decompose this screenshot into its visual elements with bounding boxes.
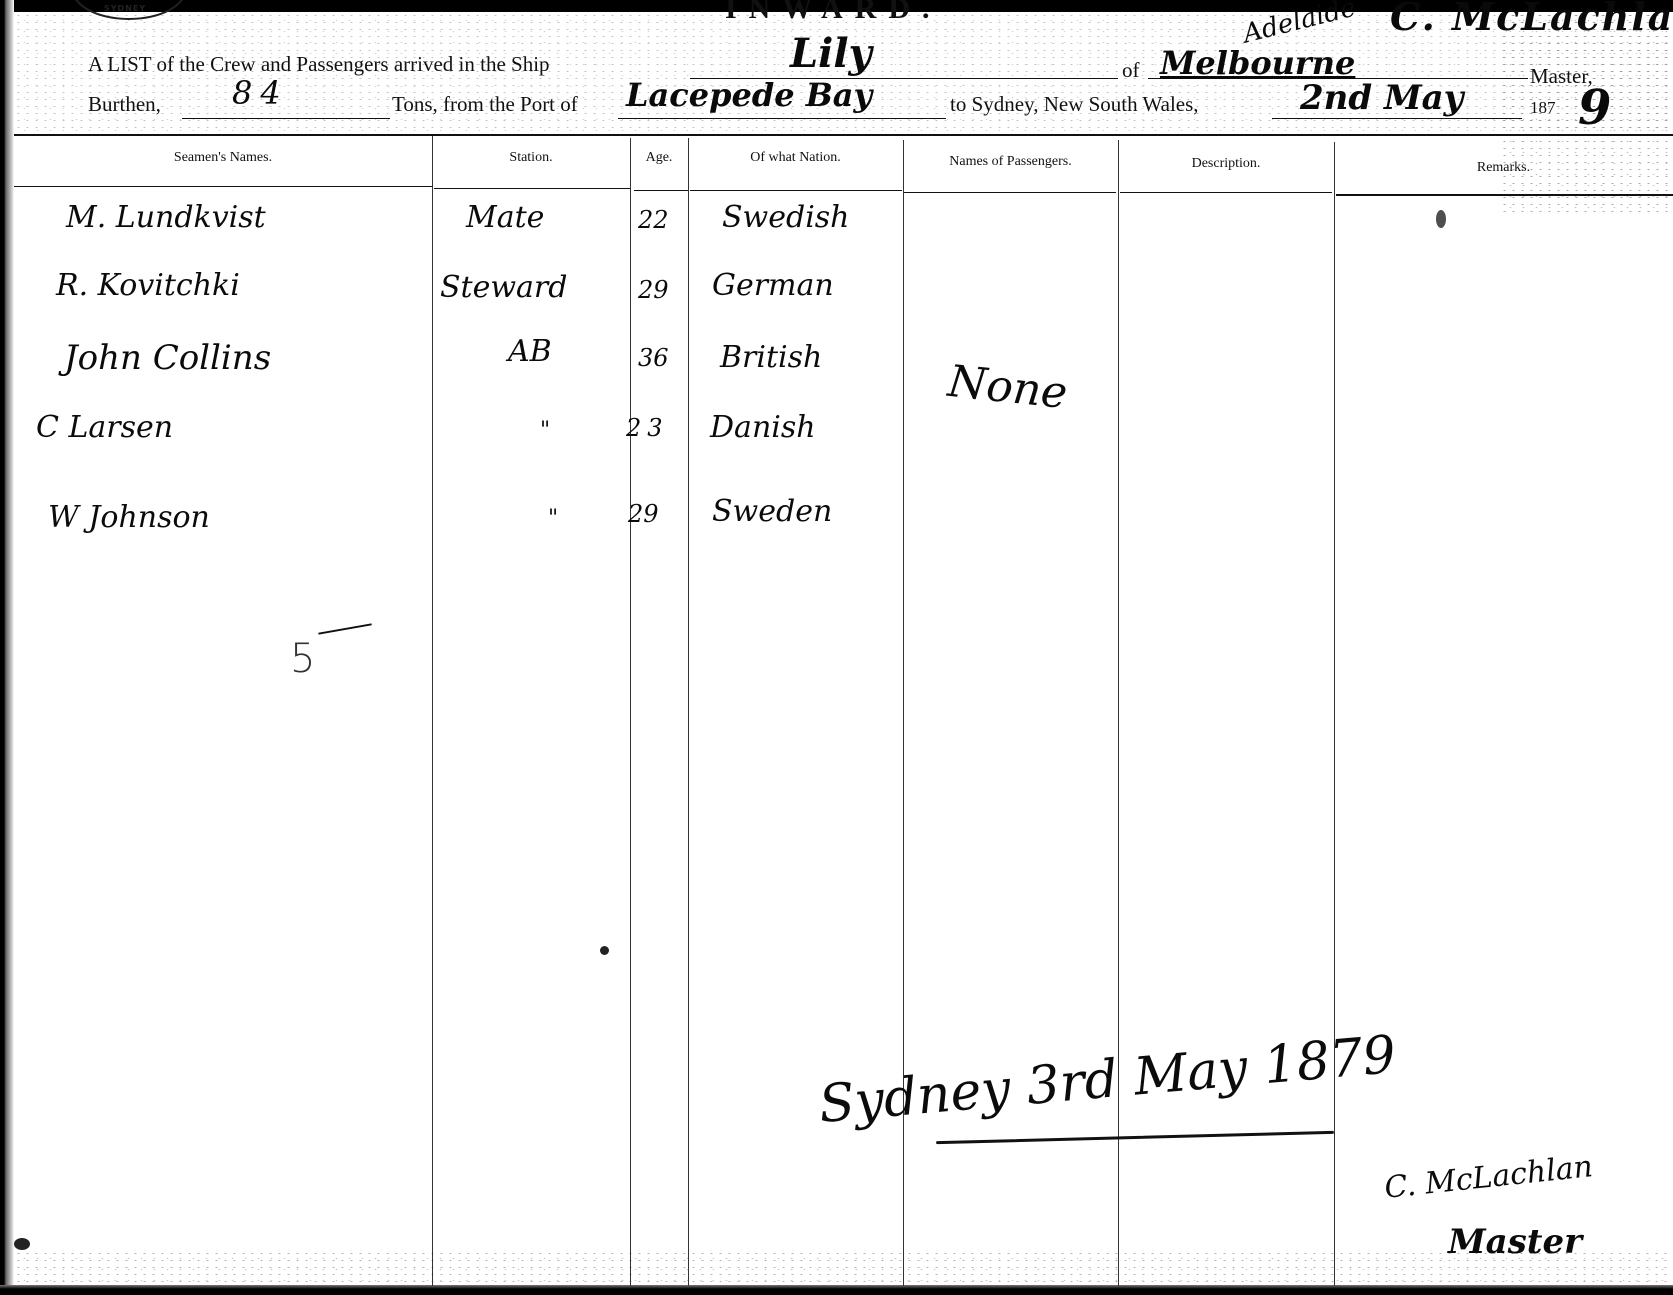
- ship-name-value: Lily: [790, 30, 872, 77]
- seaman-name: John Collins: [64, 338, 271, 378]
- column-header-age: Age.: [630, 150, 688, 166]
- seaman-name: W Johnson: [48, 500, 210, 535]
- column-header-remarks: Remarks.: [1334, 160, 1673, 176]
- ink-blot: [14, 1238, 30, 1250]
- ink-blot: [600, 946, 609, 955]
- header-bottom-rule-description: [1120, 192, 1332, 193]
- seaman-age: 23: [626, 414, 669, 442]
- passengers-none-value: None: [946, 356, 1070, 419]
- signature-title: Master: [1448, 1222, 1582, 1262]
- seaman-station: ": [540, 418, 550, 443]
- column-divider-2: [630, 138, 631, 1286]
- seaman-station: Steward: [440, 270, 567, 305]
- seaman-station: Mate: [466, 200, 544, 235]
- crew-count-stroke: [318, 623, 371, 634]
- seaman-nation: Danish: [710, 410, 816, 445]
- seaman-nation: Sweden: [712, 494, 832, 529]
- seal-text: SYDNEY: [104, 4, 146, 13]
- year-suffix-value: 9: [1578, 80, 1611, 136]
- form-line-1-label: A LIST of the Crew and Passengers arrive…: [88, 52, 550, 77]
- seaman-age: 29: [628, 500, 659, 528]
- to-sydney-label: to Sydney, New South Wales,: [950, 92, 1199, 117]
- column-header-description: Description.: [1118, 156, 1334, 172]
- place-date-underline: [936, 1131, 1334, 1144]
- from-port-value: Lacepede Bay: [626, 76, 872, 114]
- table-top-rule: [14, 134, 1673, 136]
- seaman-age: 29: [638, 276, 669, 304]
- column-divider-6: [1334, 142, 1335, 1286]
- of-label: of: [1122, 58, 1140, 83]
- column-header-passengers: Names of Passengers.: [903, 154, 1118, 170]
- ink-blot: [1436, 210, 1446, 228]
- seaman-nation: Swedish: [722, 200, 850, 235]
- year-prefix: 187: [1530, 98, 1556, 118]
- scan-left-edge: [0, 0, 14, 1295]
- header-bottom-rule-age: [634, 190, 688, 191]
- seaman-nation: German: [712, 268, 834, 303]
- master-name-value: C. McLachlan: [1390, 0, 1673, 39]
- column-divider-3: [688, 138, 689, 1286]
- column-header-station: Station.: [432, 150, 630, 166]
- column-header-seamens-names: Seamen's Names.: [14, 150, 432, 166]
- seaman-station: AB: [508, 334, 552, 369]
- header-bottom-rule-remarks: [1336, 194, 1673, 196]
- document-heading: INWARD.: [725, 0, 942, 26]
- header-bottom-rule-names: [14, 186, 432, 187]
- header-bottom-rule-station: [434, 188, 630, 189]
- scan-noise-bottom: [14, 1250, 1673, 1286]
- burthen-label: Burthen,: [88, 92, 161, 117]
- column-divider-5: [1118, 140, 1119, 1286]
- list-title-text: A LIST of the Crew and Passengers arrive…: [88, 52, 550, 76]
- column-header-nation: Of what Nation.: [688, 150, 903, 166]
- column-divider-1: [432, 136, 433, 1286]
- scan-bottom-edge: [0, 1285, 1673, 1295]
- header-bottom-rule-passengers: [904, 192, 1116, 193]
- arrival-date-value: 2nd May: [1300, 78, 1463, 118]
- tons-from-label: Tons, from the Port of: [392, 92, 578, 117]
- header-bottom-rule-nation: [690, 190, 902, 191]
- seaman-nation: British: [720, 340, 822, 375]
- seaman-station: ": [548, 506, 558, 531]
- seaman-age: 36: [638, 344, 669, 372]
- seaman-name: C Larsen: [36, 410, 173, 445]
- home-port-value: Melbourne: [1160, 44, 1355, 82]
- seaman-age: 22: [638, 206, 669, 234]
- signature-name: C. McLachlan: [1383, 1149, 1595, 1206]
- burthen-value: 84: [232, 74, 289, 112]
- seaman-name: M. Lundkvist: [66, 200, 266, 235]
- seaman-name: R. Kovitchki: [56, 268, 240, 303]
- crew-count-tally: 5: [290, 636, 315, 682]
